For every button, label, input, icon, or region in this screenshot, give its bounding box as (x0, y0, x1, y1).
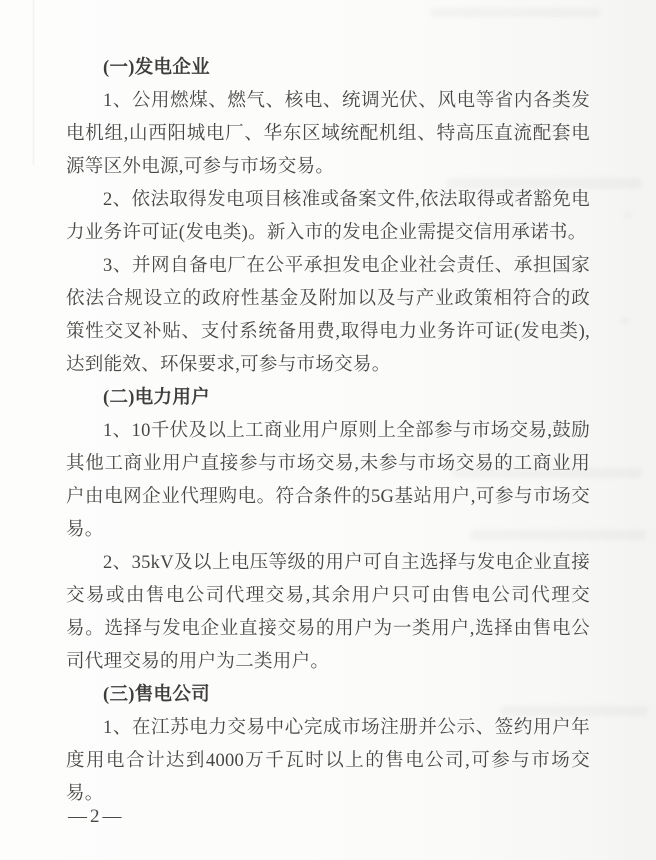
section-heading-retailers: (三)售电公司 (66, 679, 590, 712)
paragraph-power-users-1: 1、10千伏及以上工商业用户原则上全部参与市场交易,鼓励其他工商业用户直接参与市… (66, 415, 590, 547)
document-page: (一)发电企业 1、公用燃煤、燃气、核电、统调光伏、风电等省内各类发电机组,山西… (0, 0, 656, 860)
paragraph-generators-3: 3、并网自备电厂在公平承担发电企业社会责任、承担国家依法合规设立的政府性基金及附… (66, 250, 590, 382)
paragraph-retailers-1: 1、在江苏电力交易中心完成市场注册并公示、签约用户年度用电合计达到4000万千瓦… (66, 712, 590, 811)
scan-ghosting (620, 318, 630, 324)
document-body: (一)发电企业 1、公用燃煤、燃气、核电、统调光伏、风电等省内各类发电机组,山西… (66, 52, 590, 811)
section-heading-generators: (一)发电企业 (66, 52, 590, 85)
paragraph-generators-2: 2、依法取得发电项目核准或备案文件,依法取得或者豁免电力业务许可证(发电类)。新… (66, 184, 590, 250)
page-number: —2— (68, 806, 125, 828)
paragraph-power-users-2: 2、35kV及以上电压等级的用户可自主选择与发电企业直接交易或由售电公司代理交易… (66, 547, 590, 679)
scan-edge-artifact (33, 0, 34, 165)
scan-ghosting (624, 212, 632, 218)
paragraph-generators-1: 1、公用燃煤、燃气、核电、统调光伏、风电等省内各类发电机组,山西阳城电厂、华东区… (66, 85, 590, 184)
scan-ghosting (430, 8, 600, 17)
section-heading-power-users: (二)电力用户 (66, 382, 590, 415)
